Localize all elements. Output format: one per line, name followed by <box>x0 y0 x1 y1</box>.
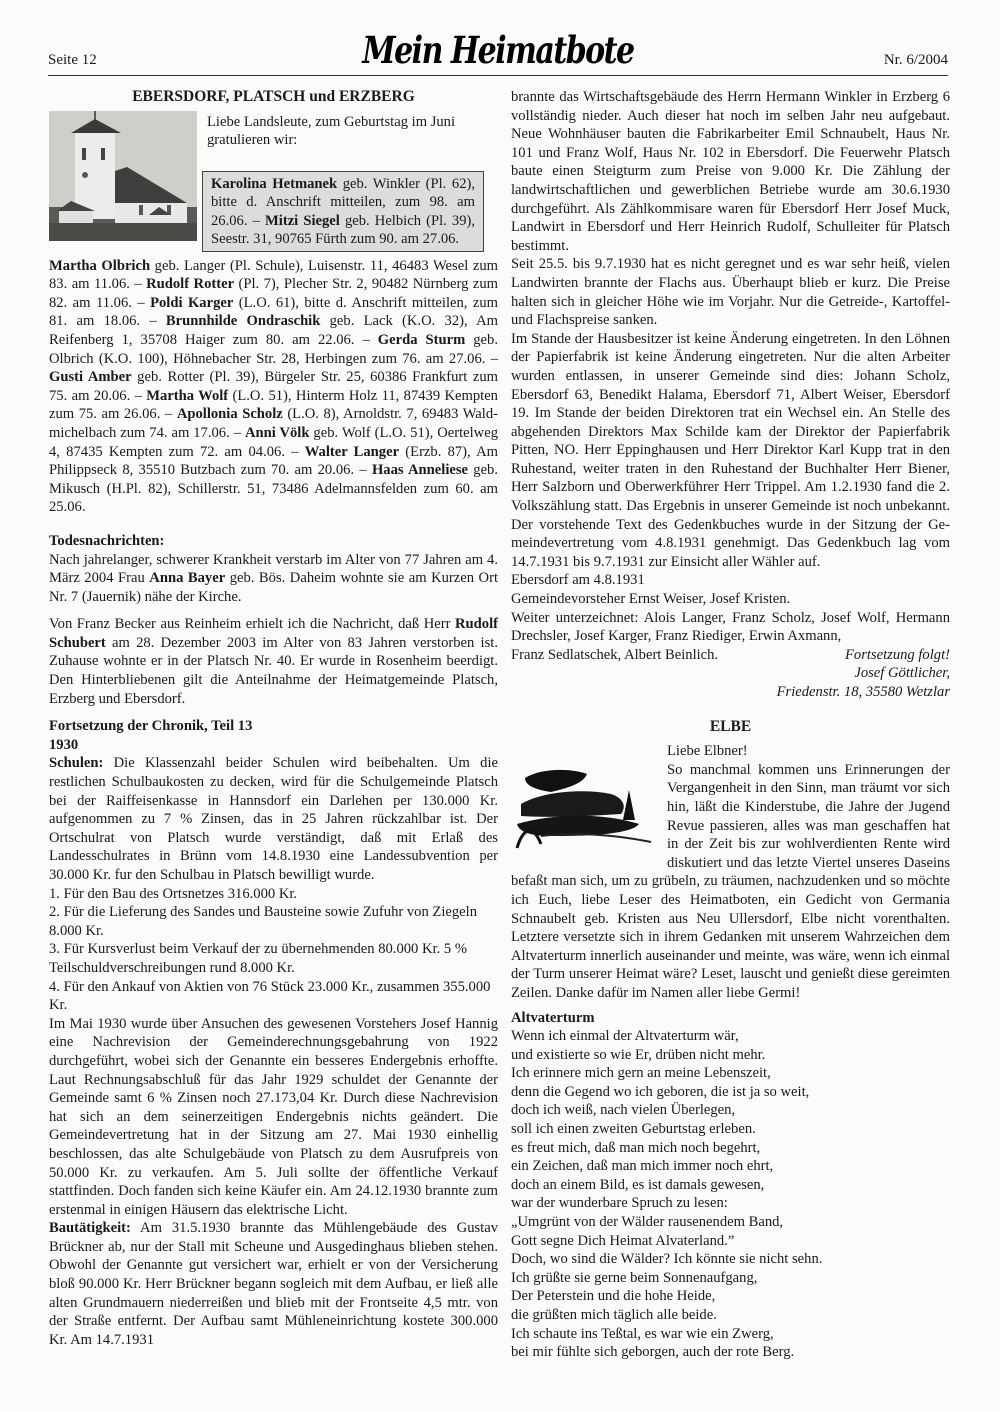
poem-line: doch ich weiß, nach vielen Überlegen, <box>511 1101 950 1120</box>
birthday-name: Mitzi Siegel <box>265 213 340 229</box>
cost-list-item: 2. Für die Lieferung des Sandes und Baus… <box>49 903 498 940</box>
author-name: Josef Göttlicher, <box>511 664 950 683</box>
birthday-list: Martha Olbrich geb. Langer (Pl. Schule),… <box>49 257 498 517</box>
birthday-name: Karolina Hetmanek <box>211 176 337 192</box>
birthday-intro-block: Liebe Landsleute, zum Geburtstag im Juni… <box>49 111 498 251</box>
elbe-intro: Liebe Elbner! So manchmal kommen uns Eri… <box>511 742 950 1002</box>
poem-line: es freut mich, daß man mich noch begehrt… <box>511 1139 950 1158</box>
poem-line: Wenn ich einmal der Altvaterturm wär, <box>511 1027 950 1046</box>
poem-line: Ich schaute ins Teßtal, es war wie ein Z… <box>511 1325 950 1344</box>
cost-list-item: 1. Für den Bau des Ortsnetzes 316.000 Kr… <box>49 885 498 904</box>
poem-line: denn die Gegend wo ich geboren, die ist … <box>511 1083 950 1102</box>
obituary-paragraph: Von Franz Becker aus Reinheim erhielt ic… <box>49 615 498 708</box>
poem-line: soll ich einen zweiten Geburtstag erlebe… <box>511 1120 950 1139</box>
to-be-continued: Fortsetzung folgt! <box>845 646 950 665</box>
poem-line: „Umgrünt von der Wälder rausenendem Band… <box>511 1213 950 1232</box>
poem-line: Ich grüßte sie gerne beim Sonnenaufgang, <box>511 1269 950 1288</box>
cosignatories: Weiter unterzeichnet: Alois Langer, Fran… <box>511 609 950 646</box>
highlighted-birthdays-box: Karolina Hetmanek geb. Winkler (Pl. 62),… <box>202 171 484 252</box>
poem-line: und existierte so wie Er, drüben nicht m… <box>511 1046 950 1065</box>
poem-line: war der wunderbare Spruch zu lesen: <box>511 1194 950 1213</box>
author-address: Friedenstr. 18, 35580 Wetzlar <box>511 683 950 702</box>
poem-line: die grüßten mich täglich alle beide. <box>511 1306 950 1325</box>
chronicle-continued-paragraph: brannte das Wirtschaftsgebäude des Herrn… <box>511 88 950 255</box>
church-image-icon <box>49 111 197 241</box>
signatories: Gemeindevorsteher Ernst Weiser, Josef Kr… <box>511 590 950 609</box>
chronicle-heading: Fortsetzung der Chronik, Teil 13 <box>49 717 498 736</box>
poem-line: doch an einem Bild, es ist damals gewese… <box>511 1176 950 1195</box>
poem: Wenn ich einmal der Altvaterturm wär, un… <box>511 1027 950 1362</box>
obituaries-heading: Todesnachrichten: <box>49 532 498 551</box>
cost-list-item: 4. Für den Ankauf von Aktien von 76 Stüc… <box>49 978 498 1015</box>
poem-line: Ich erinnere mich gern an meine Lebensze… <box>511 1064 950 1083</box>
landscape-illustration <box>511 764 659 856</box>
poem-line: Der Peterstein und die hohe Heide, <box>511 1287 950 1306</box>
weather-paragraph: Seit 25.5. bis 9.7.1930 hat es nicht ger… <box>511 255 950 329</box>
section-title: EBERSDORF, PLATSCH und ERZBERG <box>49 88 498 107</box>
page-number: Seite 12 <box>48 52 97 69</box>
obituary-paragraph: Nach jahrelanger, schwerer Krankheit ver… <box>49 551 498 607</box>
poem-line: Gott segne Dich Heimat Alvaterland.” <box>511 1232 950 1251</box>
chronicle-year: 1930 <box>49 736 498 755</box>
homeowners-paragraph: Im Stande der Hausbesitzer ist keine Änd… <box>511 330 950 572</box>
right-column: brannte das Wirtschaftsgebäude des Herrn… <box>511 88 950 1362</box>
page-header: Seite 12 Mein Heimatbote Nr. 6/2004 <box>48 28 948 76</box>
landscape-image-icon <box>511 764 659 856</box>
elbe-section-title: ELBE <box>511 718 950 737</box>
poem-title: Altvaterturm <box>511 1009 950 1028</box>
schools-paragraph: Schulen: Die Klassenzahl beider Schulen … <box>49 754 498 884</box>
place-date: Ebersdorf am 4.8.1931 <box>511 571 950 590</box>
poem-line: Doch, wo sind die Wälder? Ich könnte sie… <box>511 1250 950 1269</box>
poem-line: ein Zeichen, daß man mich immer noch ehr… <box>511 1157 950 1176</box>
may-1930-paragraph: Im Mai 1930 wurde über Ansuchen des gewe… <box>49 1015 498 1220</box>
left-column: EBERSDORF, PLATSCH und ERZBERG <box>49 88 498 1349</box>
cost-list-item: 3. Für Kursverlust beim Verkauf der zu ü… <box>49 940 498 977</box>
poem-line: bei mir fühlte sich geborgen, auch der r… <box>511 1343 950 1362</box>
issue-number: Nr. 6/2004 <box>884 52 948 69</box>
elbe-greeting: Liebe Elbner! <box>511 742 950 761</box>
cost-list: 1. Für den Bau des Ortsnetzes 316.000 Kr… <box>49 885 498 1015</box>
construction-paragraph: Bautätigkeit: Am 31.5.1930 brannte das M… <box>49 1219 498 1349</box>
cosignatories-end: Franz Sedlatschek, Albert Beinlich. Fort… <box>511 646 950 665</box>
masthead-logo: Mein Heimatbote <box>362 29 633 73</box>
church-photo <box>49 111 197 241</box>
birthday-intro: Liebe Landsleute, zum Geburtstag im Juni… <box>207 113 498 150</box>
